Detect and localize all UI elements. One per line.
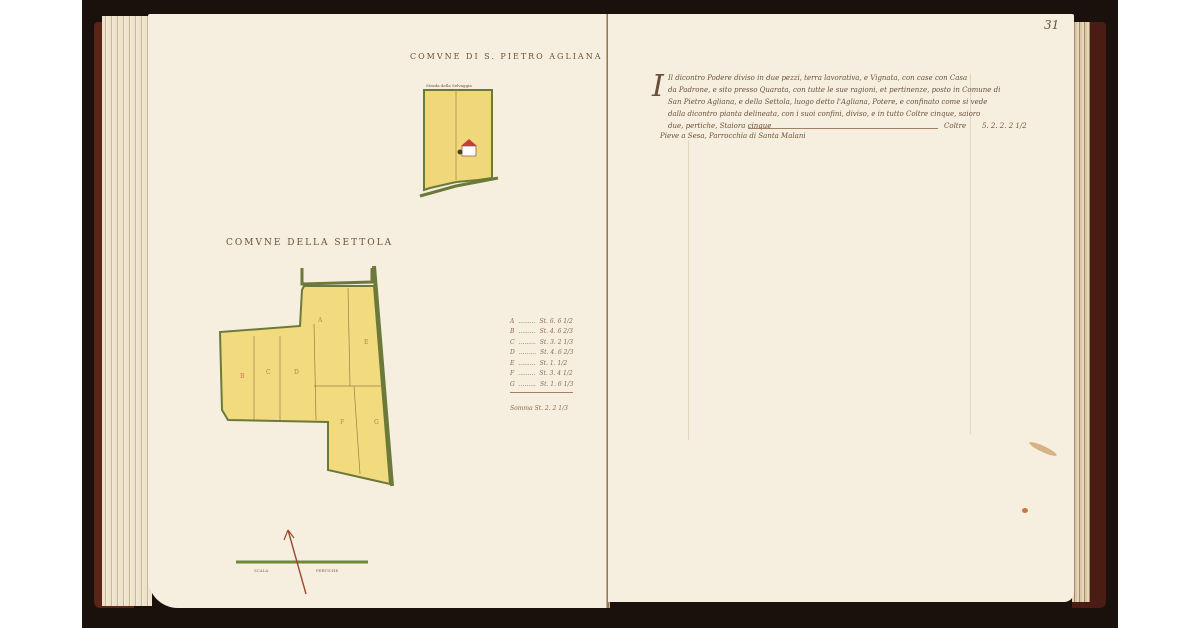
svg-text:SCALA: SCALA <box>254 568 268 573</box>
map-label: Strada della Selvaggia <box>426 83 472 88</box>
stain <box>1022 508 1028 513</box>
legend-row: D.........St. 4. 6 2/3 <box>510 348 573 359</box>
book-scan: COMVNE DI S. PIETRO AGLIANA Strada della… <box>82 0 1118 628</box>
legend-row: B.........St. 4. 6 2/3 <box>510 327 573 338</box>
scale-bar: SCALA PERTICHE <box>232 522 392 602</box>
parcel-label: A <box>317 317 323 324</box>
parcel-label: E <box>364 339 368 346</box>
ruled-line <box>688 140 689 440</box>
legend-total-row: Somma St. 2. 2 1/3 <box>510 392 573 414</box>
fill-line <box>748 128 938 129</box>
parcel-legend: A.........St. 6. 6 1/2 B.........St. 4. … <box>510 316 573 414</box>
text-line: San Pietro Agliana, e della Settola, luo… <box>668 98 987 106</box>
parcel-label: D <box>294 369 299 376</box>
map-settola: B C D A E F G <box>214 260 414 490</box>
parcel-label: G <box>374 419 379 426</box>
measure-label: Coltre <box>944 122 966 130</box>
text-line: dalla dicontro pianta delineata, con i s… <box>668 110 980 118</box>
legend-row: F.........St. 3. 4 1/2 <box>510 369 573 380</box>
legend-row: G.........St. 1. 6 1/3 <box>510 379 573 390</box>
parcel-label: C <box>266 369 271 376</box>
page-edges-left <box>102 16 152 606</box>
text-line: da Padrone, e sito presso Quarata, con t… <box>668 86 1000 94</box>
map-title-agliana: COMVNE DI S. PIETRO AGLIANA <box>410 52 602 61</box>
measure-value: 5. 2. 2. 2 1/2 <box>982 122 1027 130</box>
page-edges-right <box>1072 22 1090 602</box>
map-title-settola: COMVNE DELLA SETTOLA <box>226 238 393 248</box>
stain <box>1028 440 1058 458</box>
page-number: 31 <box>1044 18 1059 32</box>
legend-row: C.........St. 3. 2 1/3 <box>510 337 573 348</box>
svg-text:PERTICHE: PERTICHE <box>316 568 338 573</box>
legend-row: A.........St. 6. 6 1/2 <box>510 316 573 327</box>
map-agliana: Strada della Selvaggia <box>416 78 506 202</box>
parcel-label: B <box>240 373 245 380</box>
right-page: 31 I Il dicontro Podere diviso in due pe… <box>608 14 1074 602</box>
text-line: Il dicontro Podere diviso in due pezzi, … <box>668 74 967 82</box>
parcel-label: F <box>340 419 344 426</box>
initial-letter: I <box>652 72 664 102</box>
legend-row: E.........St. 1. 1/2 <box>510 358 573 369</box>
text-line: Pieve a Sesa, Parrocchia di Santa Malani <box>660 132 806 140</box>
ruled-line <box>970 74 971 434</box>
left-page: COMVNE DI S. PIETRO AGLIANA Strada della… <box>148 14 608 608</box>
